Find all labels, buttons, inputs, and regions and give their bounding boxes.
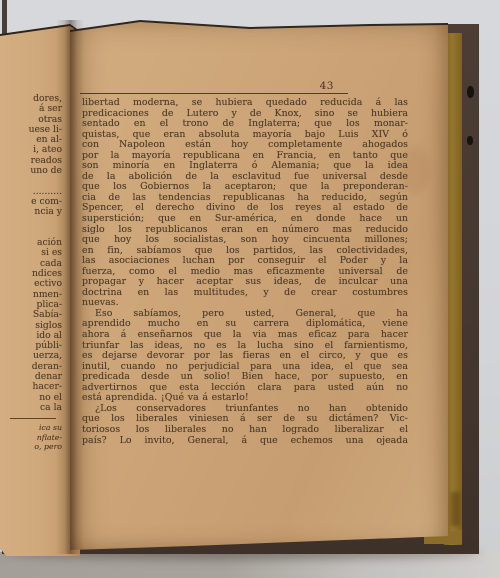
footnote-fragment-line: nflate-	[0, 433, 62, 443]
footnote-fragment-line: ica su	[0, 423, 62, 433]
running-head-rule: 43	[80, 80, 348, 94]
footnote-fragment-line: o, pero	[0, 442, 62, 452]
book-photo: dores,á serotrasuese li-en al-i, ateorea…	[0, 0, 500, 578]
left-fragment-line: ncia y	[0, 207, 62, 217]
right-page: 43 libertad moderna, se hubiera quedado …	[70, 18, 448, 552]
left-fragment-line: ca la	[0, 403, 62, 413]
gutter-shadow	[56, 20, 84, 554]
text-line: país? Lo invito, General, á que echemos …	[82, 436, 408, 447]
body-text: libertad moderna, se hubiera quedado red…	[82, 98, 408, 446]
cover-speck	[467, 86, 474, 98]
text-line: doctrina en las multitudes, y de crear c…	[82, 288, 408, 299]
text-line: toriosos los liberales no han logrado li…	[82, 425, 408, 436]
footnote-rule	[10, 418, 56, 419]
page-number: 43	[80, 80, 348, 93]
text-line: libertad moderna, se hubiera quedado red…	[82, 98, 408, 109]
left-page-fragments: dores,á serotrasuese li-en al-i, ateorea…	[0, 94, 62, 452]
cover-speck	[467, 136, 473, 145]
left-fragment-line: uno de	[0, 166, 62, 176]
left-fragment-line: Sabía-	[0, 310, 62, 320]
fore-edge-stain	[451, 492, 460, 526]
text-line: ahora á enseñarnos que la via mas eficaz…	[82, 330, 408, 341]
left-fragment-line	[0, 218, 62, 228]
text-line: superstición; que en Sur-américa, en don…	[82, 214, 408, 225]
